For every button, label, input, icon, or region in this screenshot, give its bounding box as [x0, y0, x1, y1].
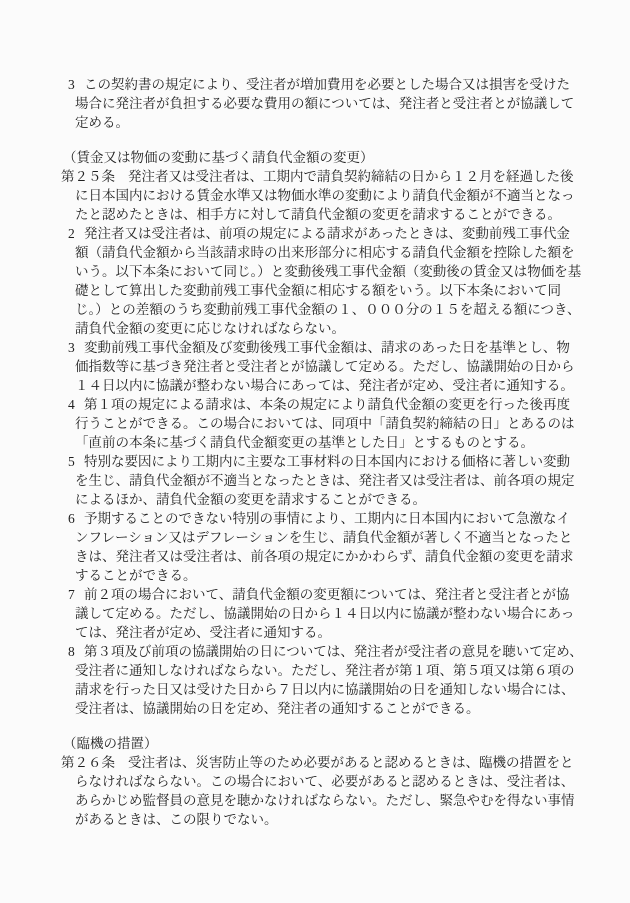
clause-first-line: 8第３項及び前項の協議開始の日については、発注者が受注者の意見を聴いて定め、: [0, 642, 630, 661]
clause-line: じ。）との差額のうち変動前残工事代金額の１、０００分の１５を超える額につき、: [0, 300, 630, 319]
clause-line: 額（請負代金額から当該請求時の出来形部分に相応する請負代金額を控除した額を: [0, 243, 630, 262]
clause-line: を生じ、請負代金額が不適当となったときは、発注者又は受注者は、前各項の規定: [0, 471, 630, 490]
paragraph-number: 8: [68, 642, 84, 661]
clause-line: 請負代金額の変更に応じなければならない。: [0, 319, 630, 338]
clause-line: 行うことができる。この場合においては、同項中「請負契約締結の日」とあるのは: [0, 414, 630, 433]
document-body: 3この契約書の規定により、受注者が増加費用を必要とした場合又は損害を受けた場合に…: [0, 75, 630, 829]
clause-line: あらかじめ監督員の意見を聴かなければならない。ただし、緊急やむを得ない事情: [0, 791, 630, 810]
clause-line: によるほか、請負代金額の変更を請求することができる。: [0, 490, 630, 509]
clause-text: 特別な要因により工期内に主要な工事材料の日本国内における価格に著しい変動: [84, 454, 570, 469]
clause-line: きは、発注者又は受注者は、前各項の規定にかかわらず、請負代金額の変更を請求: [0, 547, 630, 566]
contract-document-page: 3この契約書の規定により、受注者が増加費用を必要とした場合又は損害を受けた場合に…: [0, 0, 630, 903]
clause-text: 前２項の場合において、請負代金額の変更額については、発注者と受注者とが協: [84, 587, 569, 602]
article-first-line: 第２５条発注者又は受注者は、工期内で請負契約締結の日から１２月を経過した後: [0, 167, 630, 186]
clause-line: ては、発注者が定め、受注者に通知する。: [0, 623, 630, 642]
clause-line: 「直前の本条に基づく請負代金額変更の基準とした日」とするものとする。: [0, 433, 630, 452]
clause-first-line: 7前２項の場合において、請負代金額の変更額については、発注者と受注者とが協: [0, 585, 630, 604]
paragraph-number: 2: [68, 224, 84, 243]
paragraph-number: 7: [68, 585, 84, 604]
section-heading: （賃金又は物価の変動に基づく請負代金額の変更）: [0, 148, 630, 167]
clause-first-line: 5特別な要因により工期内に主要な工事材料の日本国内における価格に著しい変動: [0, 452, 630, 471]
clause-line: １４日以内に協議が整わない場合にあっては、発注者が定め、受注者に通知する。: [0, 376, 630, 395]
clause-text: 第３項及び前項の協議開始の日については、発注者が受注者の意見を聴いて定め、: [84, 644, 583, 659]
clause-first-line: 3この契約書の規定により、受注者が増加費用を必要とした場合又は損害を受けた: [0, 75, 630, 94]
paragraph-number: 3: [68, 338, 84, 357]
clause-line: 価指数等に基づき発注者と受注者とが協議して定める。ただし、協議開始の日から: [0, 357, 630, 376]
section-heading: （臨機の措置）: [0, 734, 630, 753]
clause-text: 受注者は、災害防止等のため必要があると認めるときは、臨機の措置をと: [128, 755, 574, 770]
clause-line: 定める。: [0, 113, 630, 132]
paragraph-number: 3: [68, 75, 84, 94]
clause-first-line: 4第１項の規定による請求は、本条の規定により請負代金額の変更を行った後再度: [0, 395, 630, 414]
clause-text: 第１項の規定による請求は、本条の規定により請負代金額の変更を行った後再度: [84, 397, 570, 412]
clause-line: 請求を行った日又は受けた日から７日以内に協議開始の日を通知しない場合には、: [0, 680, 630, 699]
clause-line: らなければならない。この場合において、必要があると認めるときは、受注者は、: [0, 772, 630, 791]
clause-text: 変動前残工事代金額及び変動後残工事代金額は、請求のあった日を基準とし、物: [84, 340, 570, 355]
clause-line: いう。以下本条において同じ。）と変動後残工事代金額（変動後の賃金又は物価を基: [0, 262, 630, 281]
clause-line: 議して定める。ただし、協議開始の日から１４日以内に協議が整わない場合にあっ: [0, 604, 630, 623]
clause-line: 場合に発注者が負担する必要な費用の額については、発注者と受注者とが協議して: [0, 94, 630, 113]
clause-line: 礎として算出した変動前残工事代金額に相応する額をいう。以下本条において同: [0, 281, 630, 300]
clause-line: があるときは、この限りでない。: [0, 810, 630, 829]
article-number: 第２６条: [61, 753, 128, 772]
clause-line: に日本国内における賃金水準又は物価水準の変動により請負代金額が不適当となっ: [0, 186, 630, 205]
clause-line: 受注者は、協議開始の日を定め、発注者の通知することができる。: [0, 699, 630, 718]
clause-text: 発注者又は受注者は、前項の規定による請求があったときは、変動前残工事代金: [84, 226, 570, 241]
clause-first-line: 2発注者又は受注者は、前項の規定による請求があったときは、変動前残工事代金: [0, 224, 630, 243]
clause-line: することができる。: [0, 566, 630, 585]
clause-first-line: 3変動前残工事代金額及び変動後残工事代金額は、請求のあった日を基準とし、物: [0, 338, 630, 357]
clause-line: たと認めたときは、相手方に対して請負代金額の変更を請求することができる。: [0, 205, 630, 224]
clause-text: この契約書の規定により、受注者が増加費用を必要とした場合又は損害を受けた: [84, 77, 570, 92]
paragraph-number: 4: [68, 395, 84, 414]
article-number: 第２５条: [61, 167, 128, 186]
clause-line: 受注者に通知しなければならない。ただし、発注者が第１項、第５項又は第６項の: [0, 661, 630, 680]
paragraph-number: 6: [68, 509, 84, 528]
paragraph-number: 5: [68, 452, 84, 471]
clause-text: 予期することのできない特別の事情により、工期内に日本国内において急激なイ: [84, 511, 570, 526]
article-first-line: 第２６条受注者は、災害防止等のため必要があると認めるときは、臨機の措置をと: [0, 753, 630, 772]
clause-text: 発注者又は受注者は、工期内で請負契約締結の日から１２月を経過した後: [128, 169, 574, 184]
clause-first-line: 6予期することのできない特別の事情により、工期内に日本国内において急激なイ: [0, 509, 630, 528]
clause-line: ンフレーション又はデフレーションを生じ、請負代金額が著しく不適当となったと: [0, 528, 630, 547]
